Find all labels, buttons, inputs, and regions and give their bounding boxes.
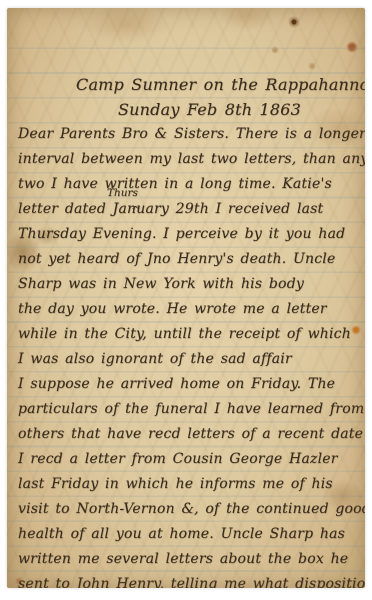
letter-line: I suppose he arrived home on Friday. The <box>18 372 361 397</box>
letter-line: visit to North-Vernon &, of the continue… <box>18 497 361 522</box>
letter-line: Sharp was in New York with his body <box>18 272 361 297</box>
letter-page: Camp Sumner on the Rappahannock Sunday F… <box>7 8 365 588</box>
letter-line: interval between my last two letters, th… <box>18 147 361 172</box>
letter-line: I was also ignorant of the sad affair <box>18 347 361 372</box>
letter-line: Thursday Evening. I perceive by it you h… <box>18 222 361 247</box>
letter-line: letter dated January 29th I received las… <box>18 197 361 222</box>
letter-line: I recd a letter from Cousin George Hazle… <box>18 447 361 472</box>
letter-line: health of all you at home. Uncle Sharp h… <box>18 522 361 547</box>
photo-background: Camp Sumner on the Rappahannock Sunday F… <box>0 0 372 600</box>
letter-line: others that have recd letters of a recen… <box>18 422 361 447</box>
letter-heading-date: Sunday Feb 8th 1863 <box>118 97 361 122</box>
letter-line: sent to John Henry, telling me what disp… <box>18 572 361 588</box>
letter-line: not yet heard of Jno Henry's death. Uncl… <box>18 247 361 272</box>
letter-line: Dear Parents Bro & Sisters. There is a l… <box>18 122 361 147</box>
letter-line: two I have written in a long time. Katie… <box>18 172 361 197</box>
letter-line: particulars of the funeral I have learne… <box>18 397 361 422</box>
letter-text: Camp Sumner on the Rappahannock Sunday F… <box>18 72 361 588</box>
letter-line: written me several letters about the box… <box>18 547 361 572</box>
letter-heading-place: Camp Sumner on the Rappahannock <box>76 72 361 97</box>
caret-mark: ^ <box>131 204 140 217</box>
inserted-word: Thurs <box>107 187 138 199</box>
letter-line: while in the City, untill the receipt of… <box>18 322 361 347</box>
letter-line: last Friday in which he informs me of hi… <box>18 472 361 497</box>
letter-line: the day you wrote. He wrote me a letter <box>18 297 361 322</box>
